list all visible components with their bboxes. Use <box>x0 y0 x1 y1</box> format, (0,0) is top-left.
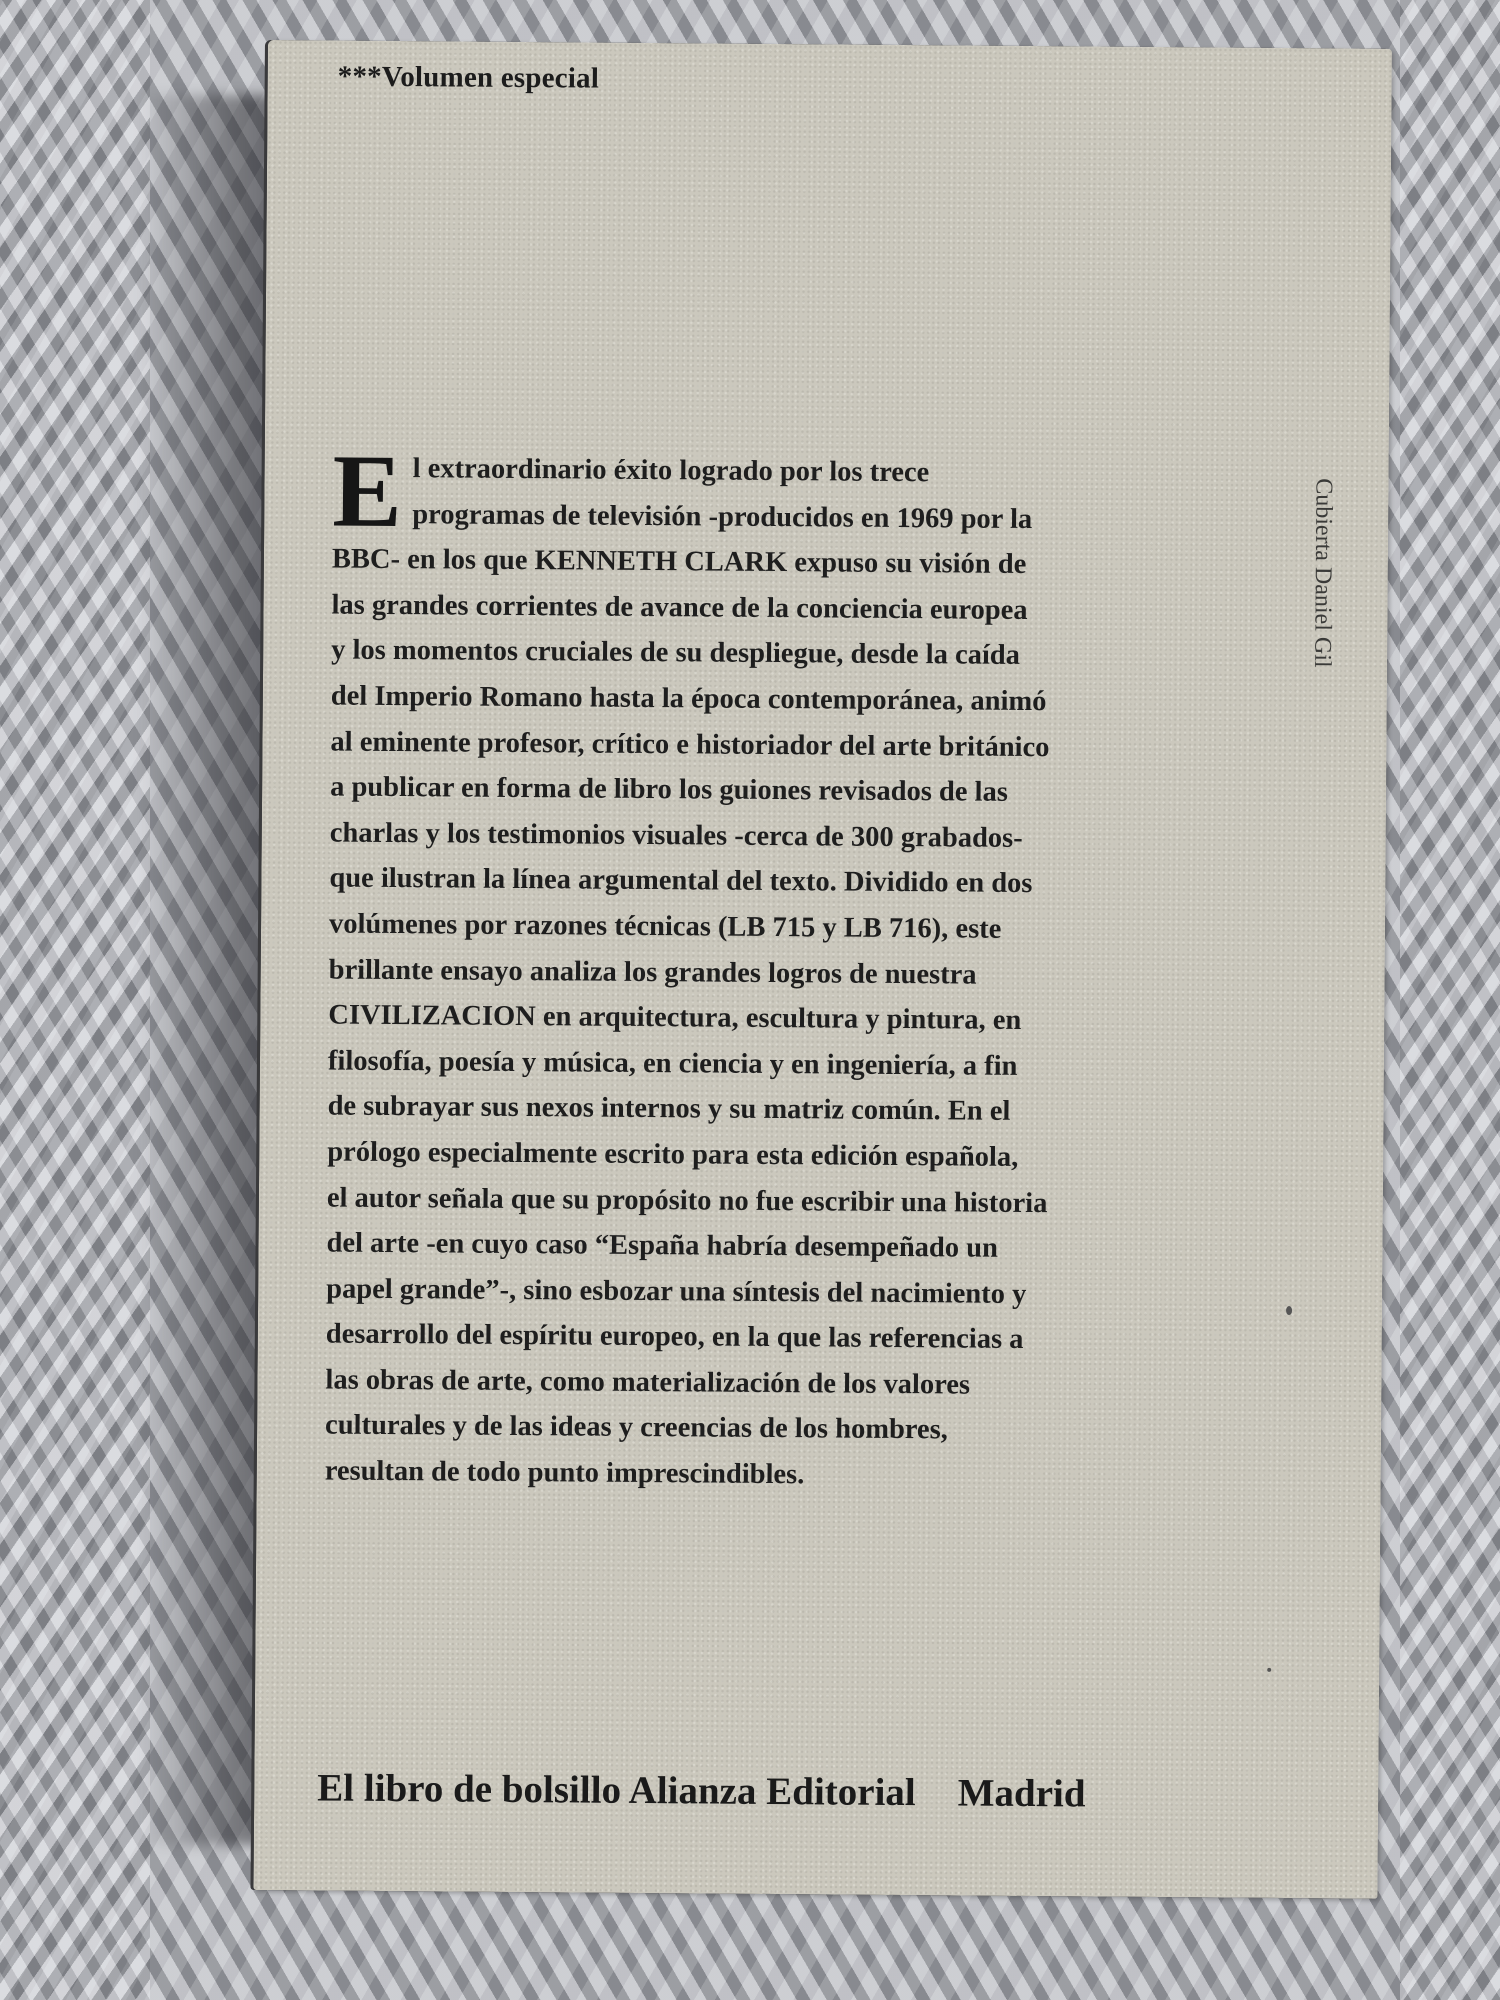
blurb-line: resultan de todo punto imprescindibles. <box>325 1449 1165 1501</box>
book-back-cover: ***Volumen especial E l extraordinario é… <box>253 40 1391 1899</box>
blurb-line: BBC- en los que KENNETH CLARK expuso su … <box>332 537 1172 589</box>
blurb-line: a publicar en forma de libro los guiones… <box>330 765 1170 817</box>
blurb-line: charlas y los testimonios visuales -cerc… <box>330 810 1170 862</box>
blurb-line: del Imperio Romano hasta la época contem… <box>331 673 1171 725</box>
blurb-line: volúmenes por razones técnicas (LB 715 y… <box>329 901 1169 953</box>
blurb-line: y los momentos cruciales de su despliegu… <box>331 628 1171 680</box>
blurb-line: que ilustran la línea argumental del tex… <box>329 856 1169 908</box>
blurb-line: el autor señala que su propósito no fue … <box>327 1175 1167 1227</box>
blurb-line: brillante ensayo analiza los grandes log… <box>329 947 1169 999</box>
blurb-line: desarrollo del espíritu europeo, en la q… <box>326 1312 1166 1364</box>
blurb-line: papel grande”-, sino esbozar una síntesi… <box>326 1266 1166 1318</box>
blurb-line: al eminente profesor, crítico e historia… <box>330 719 1170 771</box>
imprint-line: El libro de bolsillo Alianza EditorialMa… <box>317 1765 1086 1816</box>
blurb-text: E l extraordinario éxito logrado por los… <box>325 446 1173 1501</box>
paper-speck <box>1286 1306 1292 1315</box>
blurb-line: l extraordinario éxito logrado por los t… <box>332 446 1172 498</box>
blurb-line: programas de televisión -producidos en 1… <box>332 491 1172 543</box>
blurb-line: filosofía, poesía y música, en ciencia y… <box>328 1038 1168 1090</box>
blurb-line: del arte -en cuyo caso “España habría de… <box>326 1221 1166 1273</box>
series-note: ***Volumen especial <box>338 61 600 96</box>
blanket-band <box>1400 0 1500 2000</box>
blurb-line: las grandes corrientes de avance de la c… <box>331 582 1171 634</box>
cover-credit: Cubierta Daniel Gil <box>1308 478 1336 667</box>
blanket-band <box>0 0 150 2000</box>
blurb-line: prólogo especialmente escrito para esta … <box>327 1129 1167 1181</box>
drop-cap: E <box>332 450 402 535</box>
blurb-line: de subrayar sus nexos internos y su matr… <box>327 1084 1167 1136</box>
publisher-name: El libro de bolsillo Alianza Editorial <box>317 1766 916 1814</box>
blurb-line: CIVILIZACION en arquitectura, escultura … <box>328 993 1168 1045</box>
publisher-city: Madrid <box>958 1771 1086 1815</box>
blurb-line: las obras de arte, como materialización … <box>325 1357 1165 1409</box>
paper-speck <box>1267 1668 1271 1672</box>
blurb-line: culturales y de las ideas y creencias de… <box>325 1403 1165 1455</box>
